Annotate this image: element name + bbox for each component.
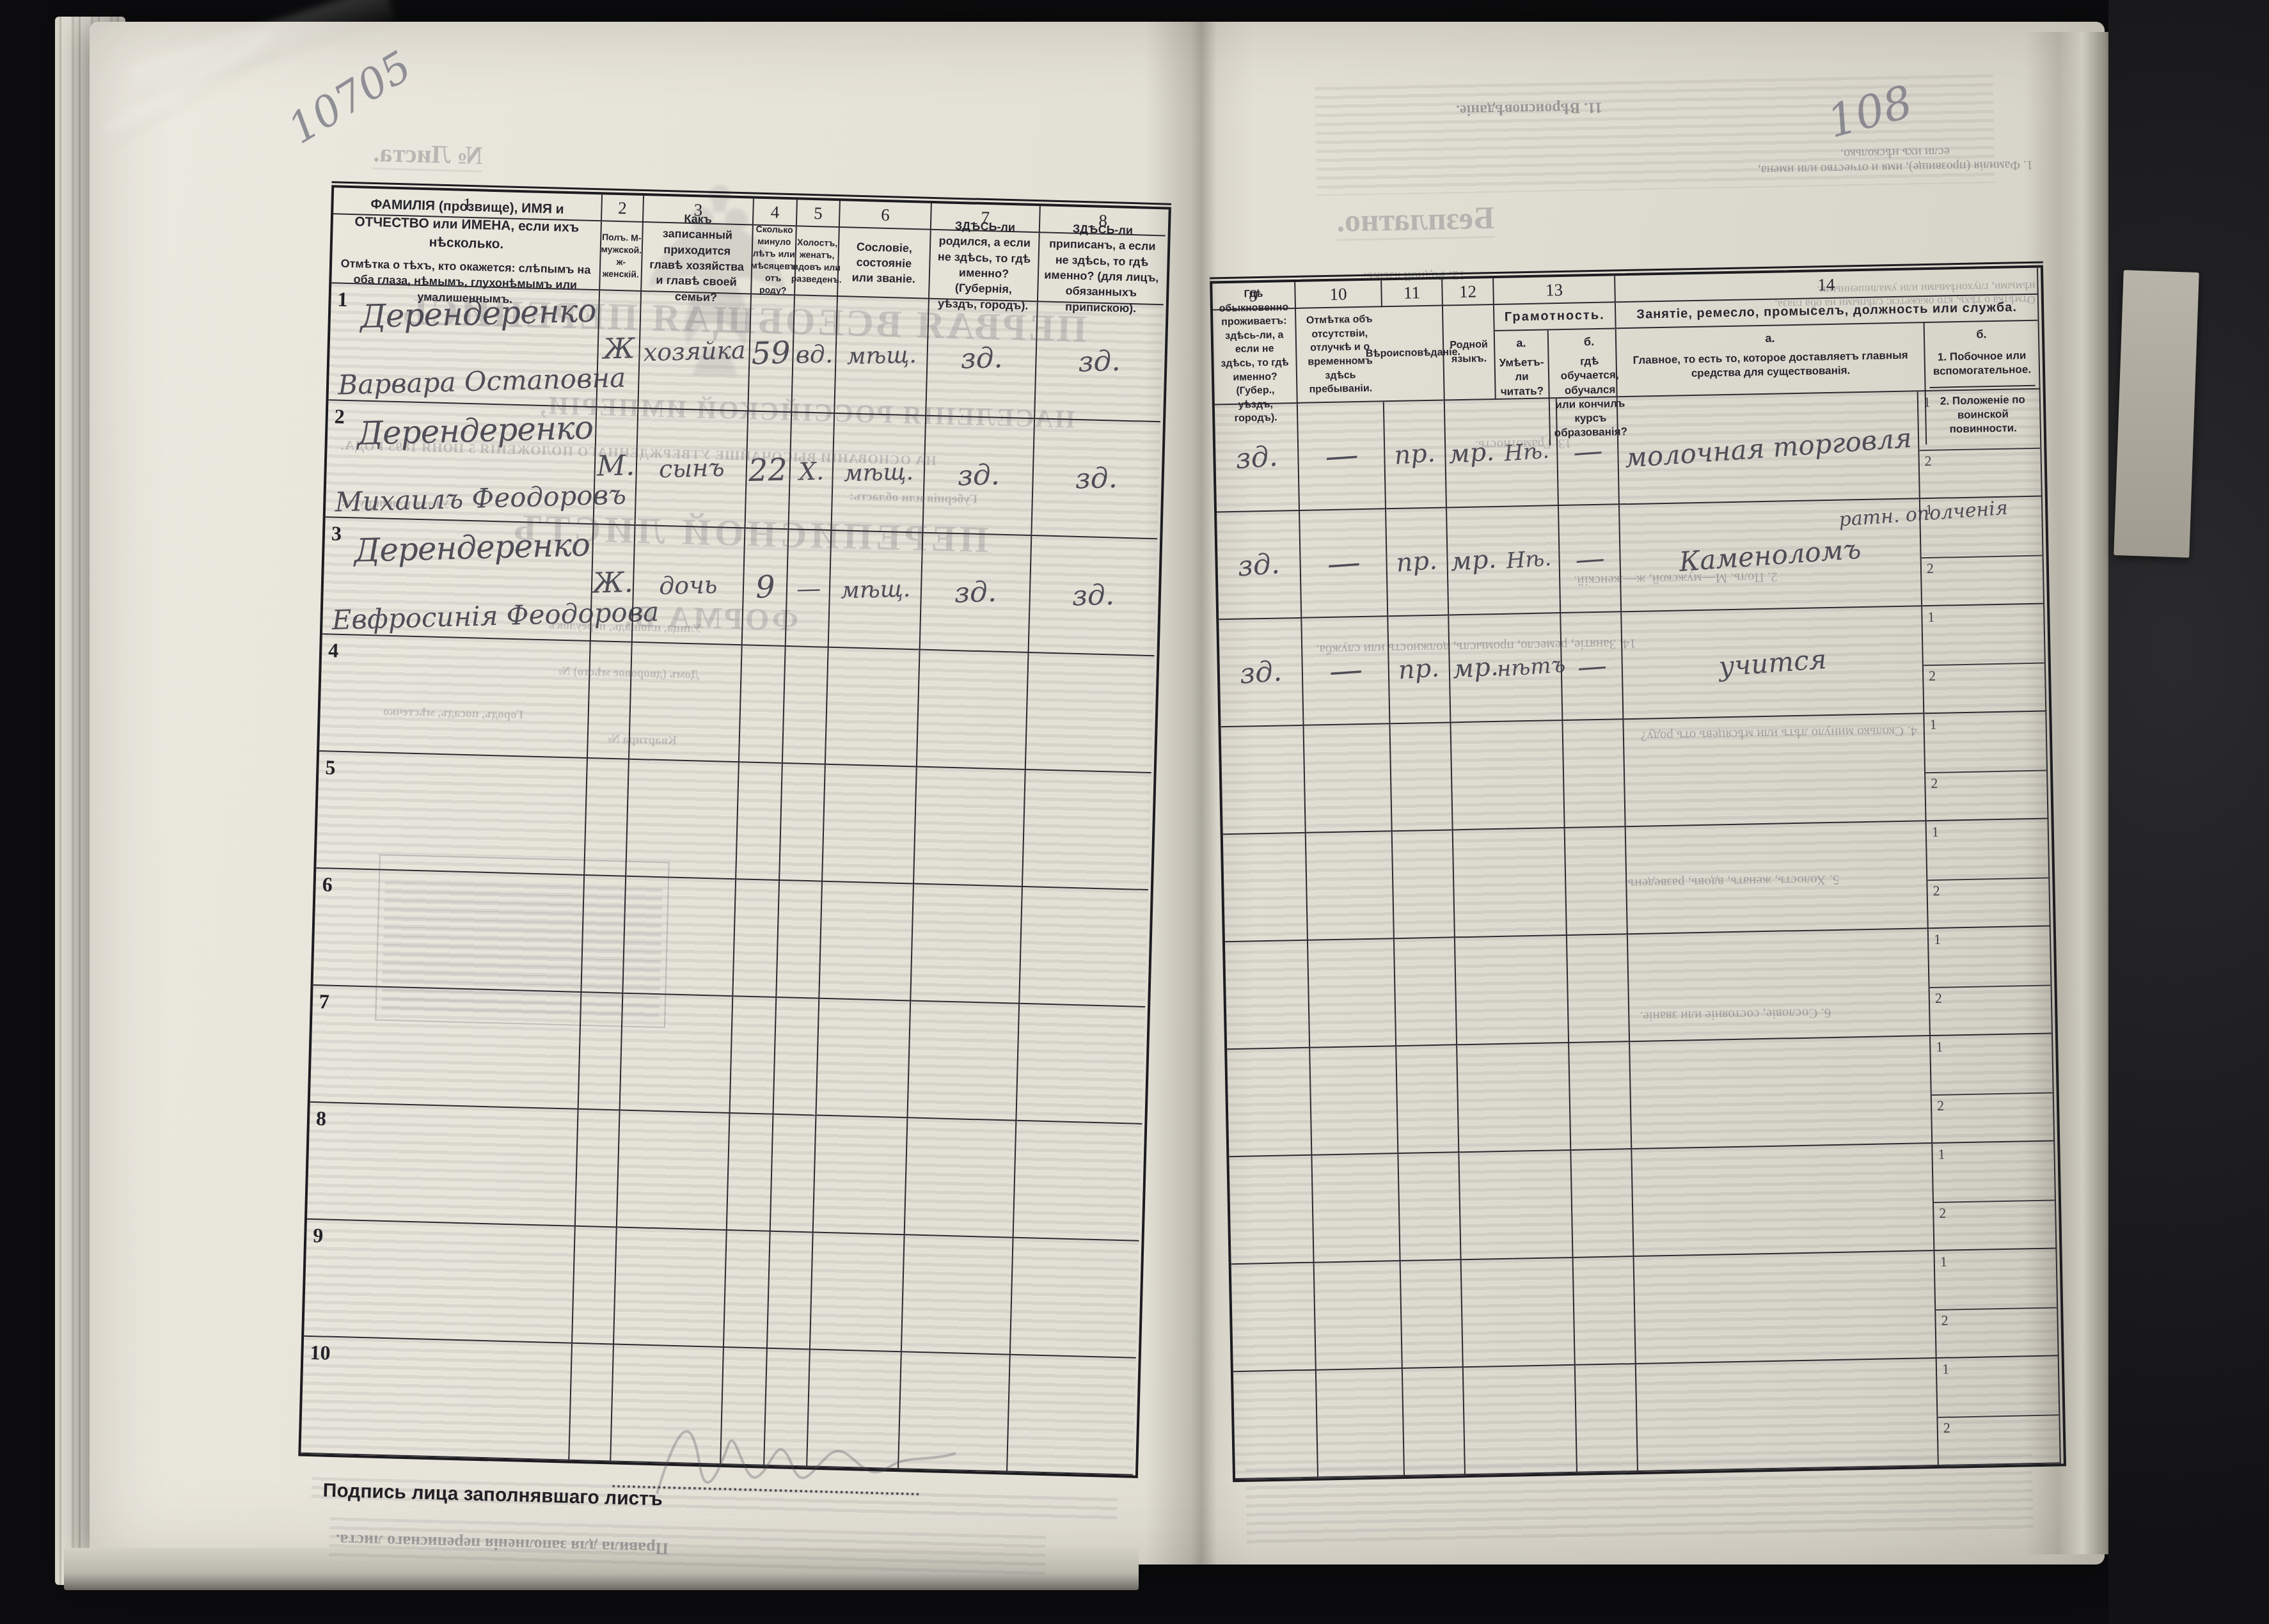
census-cell	[629, 643, 743, 762]
census-cell	[1451, 722, 1504, 831]
census-cell	[1221, 726, 1306, 835]
census-cell	[1020, 887, 1148, 1007]
handwritten-entry: зд.	[1238, 654, 1283, 690]
census-cell	[585, 759, 629, 877]
census-cell: мѣщ.	[835, 297, 929, 416]
census-cell	[911, 884, 1023, 1004]
sub-row-number: 2	[1943, 1420, 1950, 1437]
sub-row-number: 2	[1929, 668, 1936, 684]
census-cell: 1ДерендеренкоВарвара Остаповна	[328, 283, 600, 407]
handwritten-entry: 22	[748, 452, 789, 489]
census-cell: 12	[1934, 1249, 2059, 1359]
sub-row-number: 2	[1933, 883, 1940, 899]
census-cell: 2ДерендеренкоМихаилъ Феодоровъ	[326, 400, 597, 524]
header-literacy-title: Грамотность.	[1494, 303, 1615, 331]
census-table-left: 1 2 3 4 5 6 7 8 ФАМИЛІЯ (прозвище), ИМЯ …	[298, 185, 1171, 1478]
census-cell	[1571, 1149, 1634, 1258]
census-cell: зд.	[1215, 404, 1300, 512]
census-cell: 6	[313, 869, 585, 993]
census-cell: зд.	[926, 299, 1038, 419]
handwritten-entry: —	[1327, 650, 1363, 691]
handwritten-entry: зд.	[1075, 462, 1118, 496]
census-cell: 3ДерендеренкоЕвфросинія Феодорова	[322, 517, 594, 642]
census-cell	[1563, 720, 1625, 828]
census-cell: зд.	[921, 533, 1032, 653]
handwritten-entry: зд.	[1235, 439, 1279, 475]
census-cell	[581, 876, 626, 994]
census-cell	[1395, 938, 1457, 1046]
sheet-no-bleedthrough: № Листа.	[373, 138, 483, 172]
census-cell	[1227, 1048, 1312, 1157]
handwritten-entry: мр.	[1448, 437, 1496, 469]
census-cell: 8	[307, 1103, 579, 1227]
census-cell: Ж	[597, 290, 642, 409]
census-cell	[569, 1344, 614, 1462]
census-cell	[1462, 1259, 1515, 1368]
census-cell	[1506, 936, 1569, 1045]
handwritten-entry: Ж	[603, 332, 635, 365]
census-cell: 9	[743, 528, 789, 647]
header-literacy-a-text: Умѣетъ-ли читать?	[1499, 356, 1544, 397]
header-occupation-group: Занятіе, ремесло, промыселъ, должность и…	[1616, 295, 2041, 398]
sub-row-number: 1	[1936, 1039, 1943, 1055]
handwritten-entry: мр.	[1450, 544, 1498, 577]
census-cell	[1628, 929, 1931, 1042]
census-cell: хозяйка	[638, 292, 752, 411]
handwritten-entry: мѣщ.	[840, 576, 910, 604]
header-language: Родной языкъ.	[1443, 305, 1496, 401]
sublabel-b: б.	[1929, 326, 2034, 343]
header-marital: Холостъ, женатъ, вдовъ или разведенъ.	[795, 226, 840, 297]
census-cell: вд.	[792, 296, 838, 414]
census-cell	[819, 882, 914, 1002]
handwritten-entry: зд.	[1078, 345, 1121, 379]
handwritten-entry: пр.	[1398, 653, 1441, 685]
left-page: 10705 № Листа. ПЕРВАЯ ВСЕОБЩАЯ ПЕРЕПИСЬ …	[59, 33, 1213, 1610]
handwritten-entry: Дерендеренко	[360, 292, 596, 336]
header-literacy-group: Грамотность. а. Умѣетъ-ли читать? б. гдѣ…	[1494, 303, 1618, 400]
census-cell	[724, 1231, 771, 1349]
header-name: ФАМИЛІЯ (прозвище), ИМЯ и ОТЧЕСТВО или И…	[331, 214, 602, 290]
census-cell	[1316, 1369, 1405, 1478]
handwritten-entry: зд.	[1237, 547, 1281, 583]
census-cell	[1310, 1046, 1398, 1156]
census-cell	[917, 650, 1029, 770]
census-cell	[1011, 1238, 1139, 1359]
sub-row-number: 2	[1927, 560, 1934, 577]
census-cell: зд.	[1032, 419, 1160, 539]
bleed-paragraph	[329, 1517, 1046, 1581]
census-cell	[1453, 830, 1506, 938]
row-number: 8	[316, 1107, 327, 1130]
sub-row-number: 2	[1935, 990, 1942, 1007]
column-number: 5	[797, 200, 841, 228]
census-cell: 4	[319, 635, 591, 759]
handwritten-entry: нѣтъ	[1496, 652, 1566, 682]
census-cell: —	[1559, 505, 1622, 613]
handwritten-entry: пр.	[1396, 546, 1439, 578]
census-cell: 7	[310, 986, 582, 1110]
census-cell	[902, 1235, 1014, 1355]
sub-row-number: 2	[1939, 1205, 1946, 1222]
census-cell: мѣщ.	[832, 414, 926, 533]
census-cell	[1308, 939, 1396, 1048]
census-cell	[1634, 1251, 1937, 1364]
census-cell	[1508, 1043, 1571, 1152]
census-cell: Нѣ.	[1496, 398, 1559, 507]
census-cell	[1567, 934, 1630, 1043]
census-cell	[1401, 1260, 1464, 1369]
census-cell: 12	[1918, 390, 2043, 500]
row-number: 6	[322, 872, 333, 896]
row-number: 7	[319, 989, 329, 1013]
handwritten-entry: Каменоломъ	[1679, 533, 1863, 577]
census-cell	[1510, 1151, 1573, 1259]
handwritten-entry: пр.	[1393, 438, 1436, 470]
handwritten-entry: Михаилъ Феодоровъ	[335, 479, 627, 518]
census-cell: Х.	[789, 413, 835, 531]
census-cell	[731, 997, 777, 1115]
row-number: 10	[310, 1341, 331, 1365]
census-cell: учится	[1622, 606, 1924, 720]
census-cell	[1569, 1042, 1632, 1151]
census-cell	[1576, 1364, 1638, 1473]
header-age: Сколько минуло лѣтъ или мѣсяцевъ отъ род…	[752, 226, 797, 296]
census-cell: —	[786, 530, 832, 648]
sublabel-a: а.	[1499, 336, 1544, 352]
census-cell	[1502, 721, 1565, 830]
census-cell: 12	[1929, 926, 2053, 1036]
census-table-right: 9 10 11 12 13 14 Гдѣ обыкновенно прожива…	[1210, 265, 2066, 1483]
sub-row-number: 2	[1924, 453, 1931, 469]
row-number: 1	[337, 288, 348, 311]
sub-row-number: 1	[1927, 609, 1934, 626]
census-cell	[1403, 1368, 1466, 1476]
census-cell	[771, 1115, 817, 1233]
census-cell	[1223, 833, 1308, 942]
handwritten-entry: Дерендеренко	[354, 526, 590, 569]
census-cell	[727, 1114, 774, 1232]
handwritten-entry: Х.	[798, 457, 824, 485]
census-cell	[816, 999, 911, 1119]
row-number: 9	[313, 1224, 324, 1247]
census-cell	[626, 760, 739, 879]
bleed-paragraph	[1315, 74, 1995, 196]
column-number: 10	[1295, 280, 1382, 309]
census-cell	[1505, 828, 1567, 937]
header-occupation-b1: 1. Побочное или вспомогательное.	[1929, 346, 2035, 381]
census-cell	[1515, 1366, 1577, 1474]
header-residence: Гдѣ обыкновенно проживаетъ: здѣсь-ли, а …	[1213, 309, 1298, 405]
sub-row-number: 1	[1929, 716, 1936, 733]
handwritten-entry: мр.	[1452, 652, 1500, 684]
column-number: 11	[1382, 280, 1443, 308]
census-cell: —	[1300, 509, 1388, 619]
census-cell	[1513, 1258, 1576, 1367]
handwritten-entry: Нѣ.	[1503, 438, 1550, 467]
census-cell	[1229, 1156, 1314, 1265]
census-cell: 12	[1931, 1034, 2055, 1144]
census-cell: —	[1302, 617, 1390, 726]
census-cell	[905, 1118, 1017, 1238]
census-cell	[1626, 821, 1929, 934]
header-name-main: ФАМИЛІЯ (прозвище), ИМЯ и ОТЧЕСТВО или И…	[338, 195, 596, 256]
census-cell	[810, 1233, 905, 1353]
row-number: 3	[331, 521, 342, 545]
census-cell: —	[1298, 402, 1386, 511]
census-cell: —	[1561, 612, 1624, 721]
header-estate: Сословіе, состояніе или званіе.	[838, 228, 931, 299]
header-religion: Вѣроисповѣданіе.	[1382, 306, 1445, 402]
column-number: 13	[1494, 276, 1616, 305]
census-cell	[573, 1227, 617, 1345]
census-cell	[1459, 1152, 1512, 1261]
census-cell: зд.	[1217, 511, 1302, 620]
row-number: 2	[334, 405, 345, 429]
census-cell: пр.	[1388, 615, 1451, 724]
handwritten-entry: —	[1574, 540, 1606, 577]
column-number: 4	[754, 199, 798, 227]
handwritten-entry: дочь	[659, 570, 718, 599]
handwritten-entry: Ж.	[592, 566, 633, 600]
census-cell	[914, 768, 1026, 887]
handwritten-entry: —	[1576, 648, 1608, 684]
handwritten-entry: —	[796, 574, 821, 603]
census-cell: 12	[1927, 819, 2051, 929]
handwritten-entry: Нѣ.	[1506, 546, 1553, 574]
census-cell	[777, 881, 823, 999]
census-cell	[1233, 1371, 1318, 1479]
sub-row-number: 1	[1938, 1146, 1945, 1163]
census-cell: М.	[594, 407, 639, 526]
census-cell	[783, 647, 829, 765]
census-cell	[736, 762, 783, 881]
census-cell	[614, 1228, 727, 1348]
census-cell	[1455, 937, 1508, 1046]
header-relation: Какъ записанный приходится главѣ хозяйст…	[642, 223, 754, 294]
census-cell	[908, 1001, 1020, 1121]
census-cell: 12	[1924, 712, 2048, 822]
census-cell	[621, 994, 734, 1114]
handwritten-entry: зд.	[957, 459, 1000, 493]
census-cell	[768, 1232, 814, 1350]
census-cell	[1398, 1153, 1461, 1261]
census-cell: дочь	[633, 526, 746, 645]
census-cell: пр.	[1386, 508, 1449, 617]
census-cell	[1636, 1359, 1939, 1472]
handwritten-entry: Дерендеренко	[357, 409, 594, 452]
census-cell	[1016, 1004, 1145, 1124]
column-number: 12	[1443, 278, 1494, 306]
census-book-scan: 10705 № Листа. ПЕРВАЯ ВСЕОБЩАЯ ПЕРЕПИСЬ …	[0, 0, 2269, 1624]
sub-row-number: 1	[1932, 824, 1939, 840]
handwritten-entry: хозяйка	[643, 336, 746, 367]
handwritten-entry: зд.	[954, 576, 997, 610]
census-cell: нѣтъ	[1500, 613, 1563, 722]
header-occupation-a-text: Главное, то есть то, которое доставляетъ…	[1633, 349, 1908, 380]
census-cell	[1630, 1036, 1933, 1149]
census-cell: 22	[745, 411, 792, 530]
handwritten-entry: сынъ	[658, 453, 725, 483]
bleed-paragraph	[1245, 1453, 2034, 1545]
handwritten-entry: зд.	[960, 342, 1003, 375]
census-cell	[617, 1111, 731, 1231]
census-cell: пр.	[1384, 401, 1447, 510]
census-cell: мр.	[1445, 400, 1498, 508]
census-cell: 12	[1937, 1356, 2061, 1466]
census-cell: мр.	[1447, 507, 1500, 616]
census-cell	[623, 877, 736, 997]
sub-row-number: 1	[1940, 1254, 1947, 1270]
census-cell: Ж.	[591, 524, 636, 643]
enumerator-signature	[637, 1385, 973, 1522]
sub-row-number: 2	[1937, 1098, 1944, 1114]
census-cell	[1624, 714, 1926, 827]
header-sex: Полъ. М-мужской. ж-женскій.	[600, 221, 644, 292]
census-cell	[739, 645, 786, 764]
census-cell	[1315, 1261, 1403, 1371]
census-cell	[1457, 1045, 1510, 1153]
handwritten-entry: 59	[751, 335, 791, 372]
handwritten-entry: —	[1325, 543, 1361, 584]
handwritten-entry: 9	[755, 569, 775, 605]
census-cell	[1008, 1355, 1136, 1476]
census-cell: зд.	[1035, 302, 1164, 422]
sub-row-number: 2	[1931, 775, 1938, 792]
census-cell	[1023, 770, 1151, 890]
census-cell	[1026, 653, 1155, 773]
handwritten-entry: молочная торговля	[1624, 422, 1913, 473]
census-cell: молочная торговля	[1618, 391, 1920, 505]
handwritten-entry: вд.	[795, 340, 833, 369]
census-cell	[823, 765, 917, 885]
census-cell	[1304, 724, 1393, 833]
census-cell: 9	[304, 1220, 576, 1344]
census-cell: 5	[316, 752, 588, 876]
header-registration: ЗДѢСЬ-ли приписанъ, а если не здѣсь, то …	[1038, 233, 1166, 305]
census-cell: 12ратн. ополченія	[1920, 497, 2044, 607]
free-of-charge-bleedthrough: Безплатно.	[1336, 199, 1495, 241]
census-cell	[1632, 1144, 1934, 1257]
census-cell: 12	[1922, 604, 2046, 714]
census-cell	[773, 998, 819, 1116]
census-cell	[576, 1110, 621, 1228]
handwritten-entry: —	[1572, 433, 1604, 469]
census-cell	[588, 642, 633, 760]
census-cell	[579, 993, 624, 1111]
census-cell: зд.	[1219, 619, 1304, 727]
census-cell	[1565, 827, 1628, 936]
census-cell	[733, 879, 780, 998]
sub-row-number: 1	[1934, 931, 1941, 948]
census-cell	[1396, 1045, 1459, 1154]
census-cell: Нѣ.	[1498, 506, 1561, 615]
census-cell: мр.	[1449, 615, 1502, 723]
census-cell	[1231, 1263, 1316, 1372]
handwritten-entry: мѣщ.	[846, 342, 917, 370]
census-cell: —	[1557, 397, 1620, 506]
census-cell	[1574, 1257, 1636, 1366]
census-cell	[1312, 1154, 1400, 1263]
census-cell	[1306, 832, 1395, 941]
census-cell	[1393, 830, 1455, 939]
row-number: 4	[328, 638, 339, 662]
sublabel-b: б.	[1553, 334, 1626, 351]
column-number: 2	[602, 194, 644, 223]
pencil-folio-left: 10705	[280, 42, 420, 154]
census-cell: сынъ	[636, 409, 749, 528]
census-cell	[780, 764, 826, 882]
handwritten-entry: зд.	[1071, 579, 1114, 613]
census-cell	[826, 648, 921, 768]
handwritten-entry: —	[1324, 436, 1359, 477]
sub-row-number: 2	[1941, 1313, 1948, 1329]
census-cell	[1464, 1367, 1517, 1476]
sub-row-number: 1	[1942, 1361, 1949, 1378]
column-number: 6	[840, 201, 932, 230]
handwritten-entry: мѣщ.	[843, 459, 913, 487]
handwritten-entry: Варвара Остаповна	[338, 362, 626, 401]
handwritten-entry: учится	[1718, 643, 1828, 682]
census-cell: зд.	[923, 416, 1035, 536]
census-cell: зд.	[1029, 536, 1158, 656]
census-cell: 12	[1933, 1141, 2057, 1251]
sub-row-number: 1	[1924, 394, 1931, 411]
census-cell	[1014, 1121, 1142, 1242]
row-number: 5	[325, 755, 336, 779]
header-birthplace: ЗДѢСЬ-ли родился, а если не здѣсь, то гд…	[929, 230, 1040, 302]
right-page: 108 Безплатно. 11. Вѣроисповѣданіе. 1. Ф…	[1180, 22, 2156, 1588]
census-cell: мѣщ.	[829, 531, 924, 650]
census-cell	[814, 1116, 908, 1236]
census-cell: 59	[748, 295, 795, 413]
census-cell	[1390, 723, 1453, 832]
handwritten-entry: М.	[596, 449, 635, 483]
sublabel-a: а.	[1620, 328, 1920, 349]
census-cell: 10	[301, 1337, 573, 1461]
census-cell	[1225, 941, 1310, 1050]
